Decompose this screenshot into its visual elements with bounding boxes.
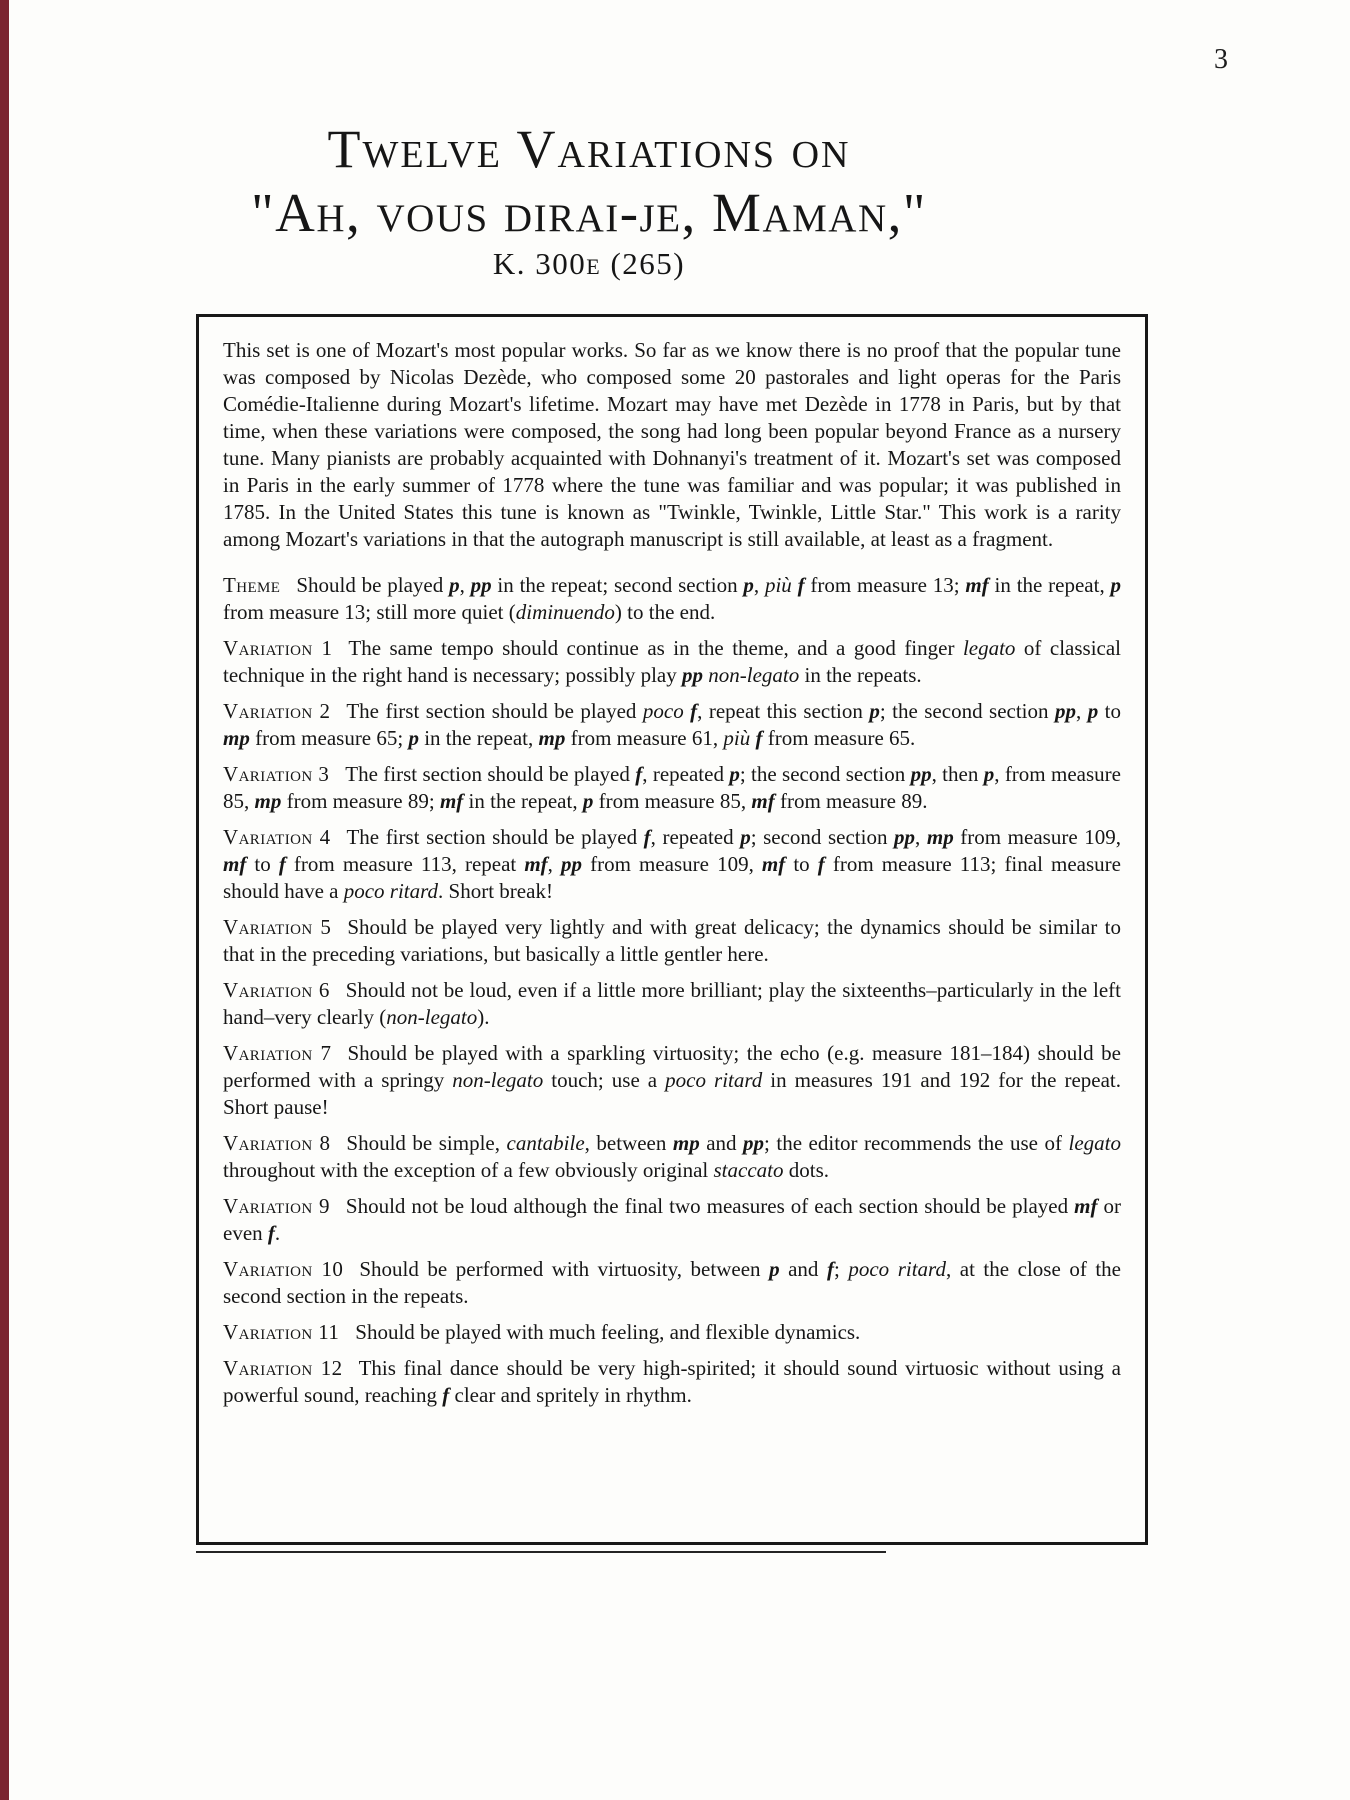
- variation-text: Should not be loud, even if a little mor…: [223, 978, 1121, 1029]
- text-run: mf: [751, 789, 774, 813]
- text-run: non-legato: [708, 663, 799, 687]
- variation-text: Should not be loud although the final tw…: [223, 1194, 1121, 1245]
- text-run: from measure 109,: [954, 825, 1121, 849]
- performance-notes-box: This set is one of Mozart's most popular…: [196, 314, 1148, 1545]
- text-run: ,: [548, 852, 561, 876]
- variation-text: The first section should be played poco …: [223, 699, 1121, 750]
- text-run: to: [1098, 699, 1121, 723]
- text-run: from measure 65.: [762, 726, 915, 750]
- note-variation-1: Variation 1The same tempo should continu…: [223, 635, 1121, 689]
- note-variation-10: Variation 10Should be performed with vir…: [223, 1256, 1121, 1310]
- text-run: , repeat this section: [697, 699, 869, 723]
- scanned-book-page: 3 Twelve Variations on "Ah, vous dirai-j…: [0, 0, 1350, 1800]
- text-run: p: [729, 762, 740, 786]
- text-run: dots.: [783, 1158, 829, 1182]
- text-run: non-legato: [386, 1005, 477, 1029]
- text-run: ,: [460, 573, 471, 597]
- variation-label: Theme: [223, 573, 280, 597]
- text-run: mp: [539, 726, 566, 750]
- variation-notes-list: ThemeShould be played p, pp in the repea…: [223, 572, 1121, 1409]
- text-run: mf: [524, 852, 547, 876]
- note-variation-4: Variation 4The first section should be p…: [223, 824, 1121, 905]
- text-run: Should be played very lightly and with g…: [223, 915, 1121, 966]
- text-run: p: [984, 762, 995, 786]
- note-variation-5: Variation 5Should be played very lightly…: [223, 914, 1121, 968]
- variation-label: Variation 10: [223, 1257, 343, 1281]
- text-run: , repeated: [642, 762, 729, 786]
- text-run: from measure 113, repeat: [286, 852, 525, 876]
- variation-label: Variation 6: [223, 978, 330, 1002]
- variation-label: Variation 8: [223, 1131, 330, 1155]
- variation-text: Should be simple, cantabile, between mp …: [223, 1131, 1121, 1182]
- text-run: diminuendo: [516, 600, 615, 624]
- text-run: f: [279, 852, 286, 876]
- variation-label: Variation 7: [223, 1041, 331, 1065]
- text-run: . Short break!: [438, 879, 553, 903]
- page-number: 3: [1214, 44, 1228, 76]
- text-run: Should not be loud, even if a little mor…: [223, 978, 1121, 1029]
- text-run: poco ritard: [344, 879, 438, 903]
- note-variation-8: Variation 8Should be simple, cantabile, …: [223, 1130, 1121, 1184]
- text-run: from measure 65;: [250, 726, 409, 750]
- note-variation-6: Variation 6Should not be loud, even if a…: [223, 977, 1121, 1031]
- text-run: mf: [762, 852, 785, 876]
- variation-label: Variation 1: [223, 636, 332, 660]
- text-run: in the repeat; second section: [492, 573, 744, 597]
- variation-label: Variation 3: [223, 762, 329, 786]
- variation-label: Variation 4: [223, 825, 330, 849]
- variation-text: The first section should be played f, re…: [223, 762, 1121, 813]
- text-run: più: [765, 573, 798, 597]
- text-run: from measure 61,: [565, 726, 723, 750]
- text-run: pp: [911, 762, 932, 786]
- text-run: , then: [932, 762, 984, 786]
- text-run: pp: [894, 825, 915, 849]
- text-run: from measure 13;: [805, 573, 966, 597]
- text-run: ).: [477, 1005, 489, 1029]
- note-variation-9: Variation 9Should not be loud although t…: [223, 1193, 1121, 1247]
- text-run: pp: [743, 1131, 764, 1155]
- variation-text: Should be played with a sparkling virtuo…: [223, 1041, 1121, 1119]
- text-run: ) to the end.: [615, 600, 715, 624]
- variation-label: Variation 11: [223, 1320, 339, 1344]
- piece-title: Twelve Variations on "Ah, vous dirai-je,…: [0, 122, 1178, 279]
- text-run: ; second section: [751, 825, 894, 849]
- text-run: p: [408, 726, 419, 750]
- text-run: The first section should be played: [346, 825, 643, 849]
- intro-paragraph: This set is one of Mozart's most popular…: [223, 337, 1121, 553]
- text-run: pp: [1055, 699, 1076, 723]
- text-run: and: [780, 1257, 827, 1281]
- text-run: ;: [834, 1257, 848, 1281]
- variation-label: Variation 12: [223, 1356, 343, 1380]
- text-run: , repeated: [651, 825, 741, 849]
- text-run: non-legato: [452, 1068, 543, 1092]
- scan-artifact-line: [196, 1551, 886, 1553]
- text-run: p: [1111, 573, 1122, 597]
- text-run: and: [700, 1131, 743, 1155]
- variation-text: Should be played very lightly and with g…: [223, 915, 1121, 966]
- text-run: ; the second section: [880, 699, 1055, 723]
- text-run: , between: [585, 1131, 673, 1155]
- text-run: Should be played: [296, 573, 449, 597]
- text-run: mp: [255, 789, 282, 813]
- title-line-2: "Ah, vous dirai-je, Maman,": [0, 185, 1178, 240]
- text-run: p: [743, 573, 754, 597]
- text-run: mf: [223, 852, 246, 876]
- text-run: f: [644, 825, 651, 849]
- note-variation-11: Variation 11Should be played with much f…: [223, 1319, 1121, 1346]
- text-run: f: [268, 1221, 275, 1245]
- text-run: f: [798, 573, 805, 597]
- text-run: clear and spritely in rhythm.: [449, 1383, 692, 1407]
- text-run: p: [449, 573, 460, 597]
- text-run: pp: [471, 573, 492, 597]
- text-run: mf: [965, 573, 988, 597]
- text-run: pp: [561, 852, 582, 876]
- text-run: Should be simple,: [346, 1131, 506, 1155]
- note-theme: ThemeShould be played p, pp in the repea…: [223, 572, 1121, 626]
- variation-label: Variation 9: [223, 1194, 330, 1218]
- text-run: The first section should be played: [346, 699, 643, 723]
- variation-label: Variation 5: [223, 915, 331, 939]
- note-variation-2: Variation 2The first section should be p…: [223, 698, 1121, 752]
- title-line-1: Twelve Variations on: [0, 122, 1178, 176]
- text-run: p: [869, 699, 880, 723]
- variation-text: Should be played with much feeling, and …: [355, 1320, 860, 1344]
- text-run: in the repeat,: [419, 726, 539, 750]
- variation-text: Should be performed with virtuosity, bet…: [223, 1257, 1121, 1308]
- text-run: ; the second section: [740, 762, 911, 786]
- text-run: from measure 85,: [593, 789, 751, 813]
- text-run: to: [246, 852, 279, 876]
- text-run: in the repeat,: [989, 573, 1111, 597]
- text-run: staccato: [714, 1158, 784, 1182]
- text-run: in the repeat,: [463, 789, 583, 813]
- text-run: ,: [915, 825, 927, 849]
- text-run: p: [583, 789, 594, 813]
- text-run: in the repeats.: [799, 663, 921, 687]
- text-run: Should be performed with virtuosity, bet…: [359, 1257, 769, 1281]
- text-run: touch; use a: [543, 1068, 665, 1092]
- text-run: to: [785, 852, 818, 876]
- text-run: mf: [1074, 1194, 1097, 1218]
- text-run: cantabile: [507, 1131, 585, 1155]
- text-run: legato: [963, 636, 1016, 660]
- text-run: mp: [223, 726, 250, 750]
- text-run: poco ritard: [665, 1068, 762, 1092]
- text-run: mp: [927, 825, 954, 849]
- variation-text: The same tempo should continue as in the…: [223, 636, 1121, 687]
- note-variation-7: Variation 7Should be played with a spark…: [223, 1040, 1121, 1121]
- text-run: from measure 13; still more quiet (: [223, 600, 516, 624]
- text-run: from measure 89;: [281, 789, 440, 813]
- text-run: The same tempo should continue as in the…: [348, 636, 963, 660]
- text-run: ,: [1076, 699, 1088, 723]
- text-run: Should be played with much feeling, and …: [355, 1320, 860, 1344]
- text-run: The first section should be played: [345, 762, 635, 786]
- text-run: più: [723, 726, 755, 750]
- note-variation-12: Variation 12This final dance should be v…: [223, 1355, 1121, 1409]
- text-run: pp: [682, 663, 703, 687]
- text-run: legato: [1068, 1131, 1121, 1155]
- note-variation-3: Variation 3The first section should be p…: [223, 761, 1121, 815]
- text-run: p: [740, 825, 751, 849]
- text-run: from measure 109,: [582, 852, 762, 876]
- text-run: ; the editor recommends the use of: [764, 1131, 1068, 1155]
- variation-text: Should be played p, pp in the repeat; se…: [223, 573, 1121, 624]
- text-run: mp: [673, 1131, 700, 1155]
- text-run: Should not be loud although the final tw…: [346, 1194, 1074, 1218]
- text-run: mf: [440, 789, 463, 813]
- text-run: throughout with the exception of a few o…: [223, 1158, 714, 1182]
- text-run: poco: [643, 699, 690, 723]
- text-run: .: [275, 1221, 280, 1245]
- variation-text: This final dance should be very high-spi…: [223, 1356, 1121, 1407]
- variation-text: The first section should be played f, re…: [223, 825, 1121, 903]
- text-run: ,: [754, 573, 765, 597]
- text-run: This set is one of Mozart's most popular…: [223, 338, 1121, 551]
- text-run: poco ritard: [848, 1257, 946, 1281]
- catalog-number: K. 300e (265): [0, 248, 1178, 279]
- variation-label: Variation 2: [223, 699, 330, 723]
- text-run: from measure 89.: [775, 789, 928, 813]
- text-run: f: [818, 852, 825, 876]
- text-run: p: [1088, 699, 1099, 723]
- text-run: f: [827, 1257, 834, 1281]
- text-run: p: [769, 1257, 780, 1281]
